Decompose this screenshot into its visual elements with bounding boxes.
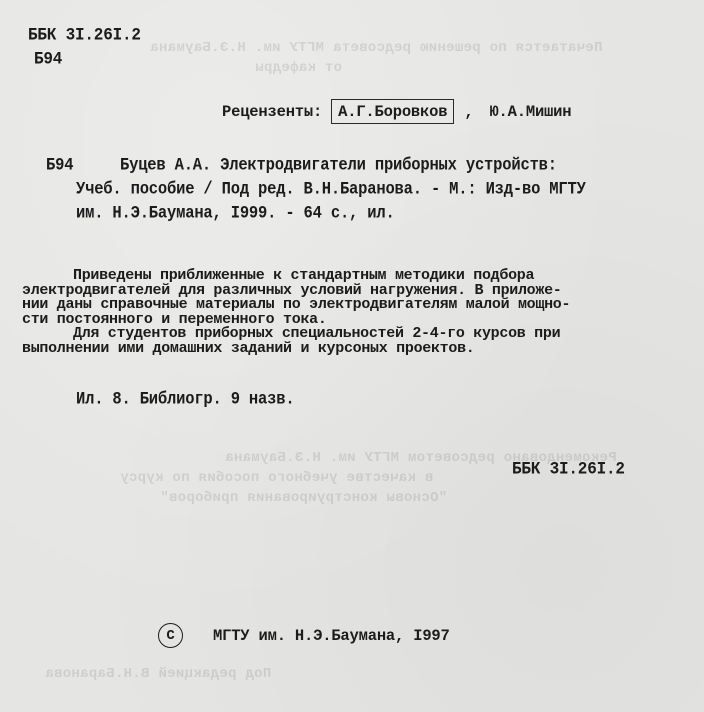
show-through-line: Под редакцией В.Н.Баранова	[45, 666, 271, 682]
show-through-line: "Основы конструирования приборов"	[160, 490, 447, 506]
abstract-paragraph: Приведены приближенные к стандартным мет…	[22, 269, 662, 356]
show-through-line: Печатается по решению редсовета МГТУ им.…	[150, 40, 602, 56]
footer-bbk-code: ББК 3I.26I.2	[512, 459, 625, 479]
reviewer-boxed-name: А.Г.Боровков	[331, 99, 454, 124]
reviewers-line: Рецензенты: А.Г.Боровков , Ю.А.Мишин	[222, 99, 571, 124]
bibliographic-line: Учеб. пособие / Под ред. В.Н.Баранова. -…	[76, 179, 586, 199]
show-through-line: в качестве учебного пособия по курсу	[120, 470, 433, 486]
scanned-page: Печатается по решению редсовета МГТУ им.…	[0, 0, 704, 712]
copyright-icon: C	[158, 623, 183, 648]
abstract-line: выполнении ими домашних заданий и курсон…	[22, 342, 662, 357]
reviewer-second-name: Ю.А.Мишин	[489, 103, 571, 121]
illustrations-note: Ил. 8. Библиогр. 9 назв.	[76, 389, 294, 409]
bibliographic-line: им. Н.Э.Баумана, I999. - 64 с., ил.	[76, 203, 395, 223]
author-mark: Б94	[34, 49, 62, 69]
reviewer-separator: ,	[464, 103, 473, 121]
bibliographic-author-mark: Б94	[46, 155, 73, 175]
bbk-code: ББК 3I.26I.2	[28, 25, 141, 45]
reviewers-label: Рецензенты:	[222, 103, 322, 121]
copyright-text: МГТУ им. Н.Э.Баумана, I997	[213, 627, 450, 645]
copyright-line: C МГТУ им. Н.Э.Баумана, I997	[158, 623, 450, 648]
bibliographic-line: Буцев А.А. Электродвигатели приборных ус…	[120, 155, 557, 175]
show-through-line: от кафедры	[255, 60, 342, 76]
